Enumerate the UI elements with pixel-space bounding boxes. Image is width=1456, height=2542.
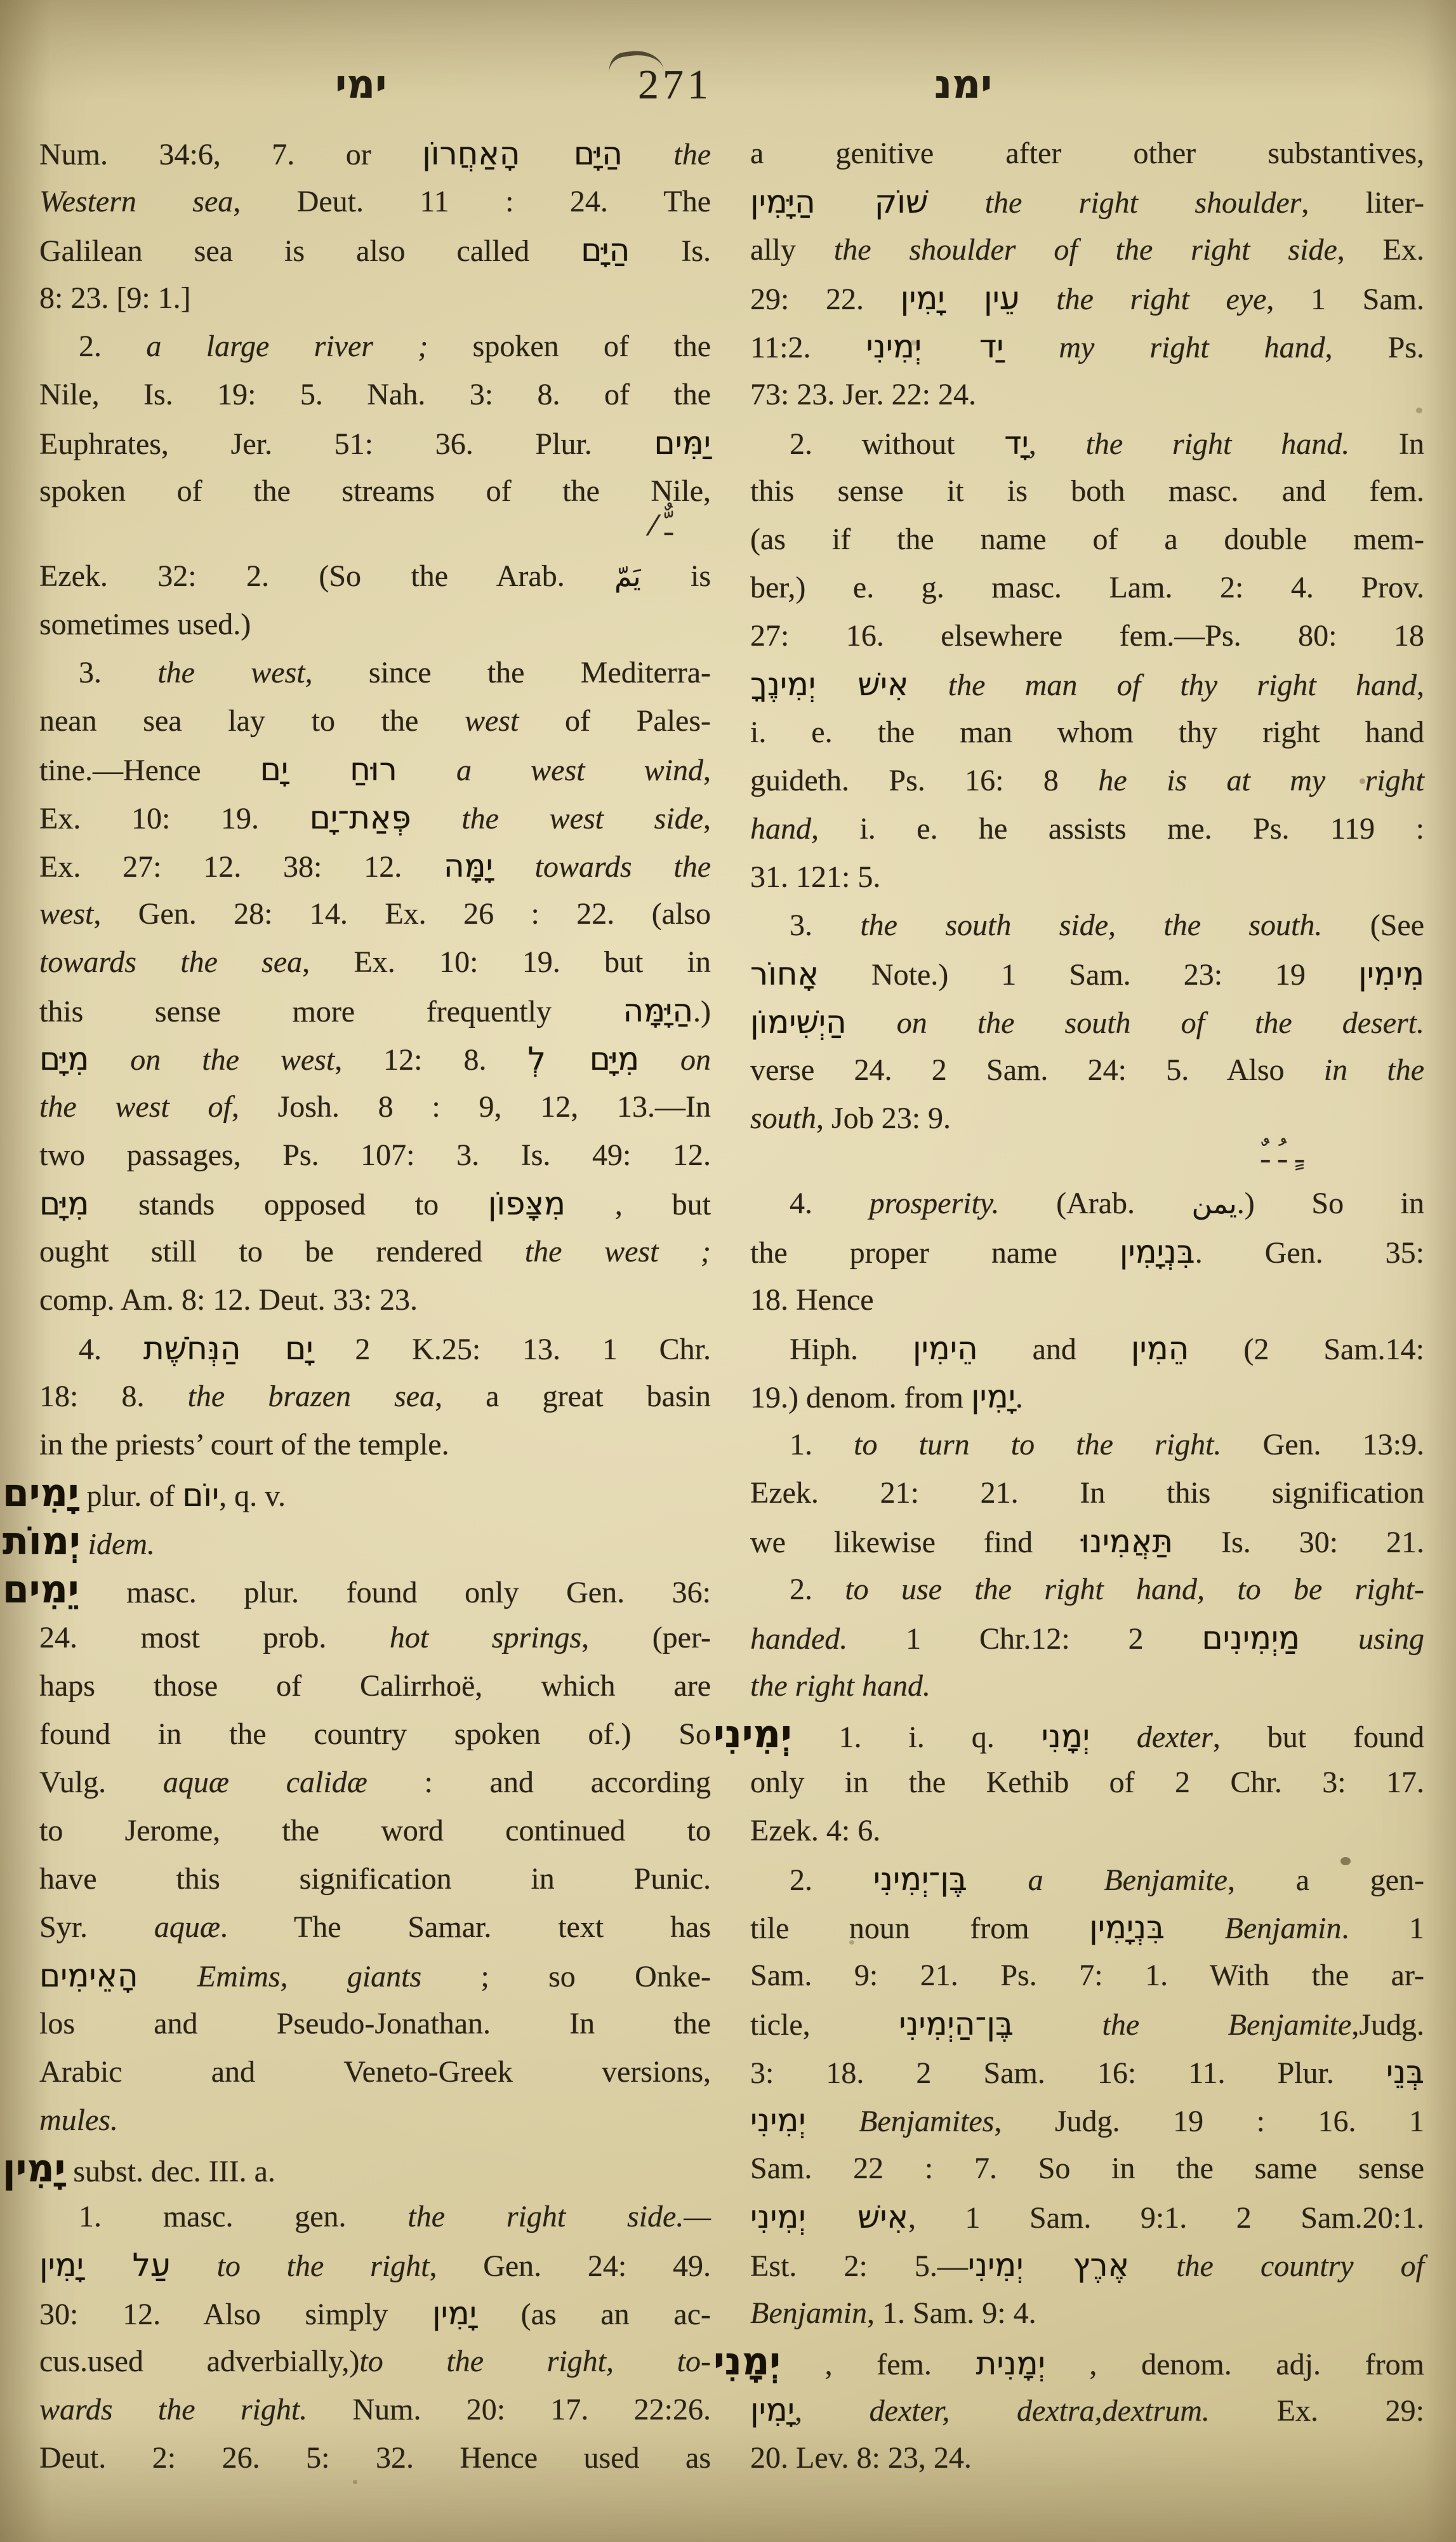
hebrew-text: יָמִין: [432, 2295, 477, 2332]
text-line: wards the right. Num. 20: 17. 22:26.: [39, 2386, 711, 2434]
italic-text: the country of: [1176, 2249, 1424, 2283]
latin-text: subst. dec. III. a.: [65, 2155, 275, 2188]
latin-text: 1. masc. gen.: [79, 2200, 407, 2233]
latin-text: , Ex. 10: 19. but in: [302, 945, 711, 979]
latin-text: of Pales-: [519, 704, 711, 738]
text-line: Euphrates, Jer. 51: 36. Plur. יַמִּים: [39, 419, 711, 467]
text-line: Ex. 27: 12. 38: 12. יָמָּה towards the: [39, 842, 711, 890]
latin-text: .: [1016, 1381, 1023, 1414]
latin-text: the proper name: [750, 1236, 1120, 1270]
latin-text: [493, 850, 535, 884]
latin-text: , Deut. 11 : 24. The: [233, 185, 711, 218]
text-line: Ex. 10: 19. פְּאַת־יָם the west side,: [39, 794, 711, 842]
latin-text: [806, 2105, 859, 2138]
latin-text: sometimes used.): [39, 608, 251, 641]
latin-text: this sense it is both masc. and fem.: [750, 474, 1424, 508]
latin-text: , 12: 8.: [334, 1043, 527, 1077]
latin-text: 24. most prob.: [39, 1621, 390, 1654]
hebrew-headword: יְמוֹת: [3, 1519, 81, 1564]
left-column: Num. 34:6, 7. or הַיָּם הָאַחֲרוֹן theWe…: [39, 130, 711, 2482]
text-line: 18. Hence: [750, 1276, 1424, 1324]
italic-text: idem.: [88, 1527, 155, 1561]
italic-text: west: [465, 704, 519, 738]
latin-text: two passages, Ps. 107: 3. Is. 49: 12.: [39, 1138, 711, 1172]
latin-text: (Arab.: [999, 1187, 1191, 1220]
latin-text: , Judg. 19 : 16. 1: [994, 2105, 1424, 2138]
latin-text: los and Pseudo-Jonathan. In the: [39, 2007, 711, 2040]
text-line: 31. 121: 5.: [750, 853, 1424, 902]
italic-text: the: [623, 138, 711, 171]
italic-text: my right hand: [1059, 331, 1325, 364]
latin-text: ought still to be rendered: [39, 1235, 525, 1268]
latin-text: , Job 23: 9.: [816, 1101, 951, 1135]
latin-text: [1003, 331, 1059, 364]
italic-text: handed.: [750, 1622, 847, 1656]
latin-text: 11:2.: [750, 331, 866, 364]
text-line: ـٍ ـُ ـٌ: [750, 1143, 1424, 1180]
hebrew-text: יְמִינִי: [750, 2102, 806, 2139]
latin-text: Est. 2: 5.—: [750, 2249, 968, 2283]
latin-text: Hiph.: [790, 1333, 913, 1366]
latin-text: [1014, 2008, 1102, 2042]
italic-text: on the west: [130, 1043, 334, 1077]
latin-text: [171, 2249, 217, 2283]
latin-text: ally: [750, 233, 834, 267]
latin-text: [1300, 1622, 1358, 1656]
italic-text: Western sea: [39, 185, 233, 218]
italic-text: on the south of the desert.: [897, 1006, 1424, 1040]
latin-text: 2.: [790, 1573, 845, 1606]
text-line: Vulg. aquæ calidæ : and according: [39, 1759, 711, 1807]
latin-text: , 1. Sam. 9: 4.: [867, 2296, 1036, 2330]
ink-speck: [849, 1940, 854, 1945]
latin-text: [89, 1043, 130, 1077]
latin-text: . Gen. 35:: [1195, 1236, 1424, 1270]
hebrew-text: הַיָּם: [581, 232, 630, 269]
text-line: ought still to be rendered the west ;: [39, 1228, 711, 1276]
ink-speck: [118, 2170, 123, 2175]
latin-text: (2 Sam.14:: [1189, 1333, 1424, 1366]
text-line: 2. בֶּן־יְמִינִי a Benjamite, a gen-: [750, 1855, 1424, 1903]
italic-text: aquæ: [154, 1910, 220, 1944]
text-line: 73: 23. Jer. 22: 24.: [750, 371, 1424, 419]
header-catchword-left: ימי: [335, 61, 387, 107]
text-line: Hiph. הֵימִין and הֵמִין (2 Sam.14:: [750, 1324, 1424, 1373]
latin-text: .) So in: [1237, 1187, 1424, 1220]
latin-text: , Ex.: [1337, 233, 1424, 267]
text-line: a genitive after other substantives,: [750, 130, 1424, 178]
hebrew-text: הַיָּם הָאַחֲרוֹן: [422, 135, 623, 172]
hebrew-text: רוּחַ יָם: [260, 751, 397, 788]
text-line: 11:2. יַד יְמִינִי my right hand, Ps.: [750, 323, 1424, 371]
text-line: יָמִין, dexter, dextra,dextrum. Ex. 29:: [750, 2386, 1424, 2434]
text-line: haps those of Calirrhoë, which are: [39, 1662, 711, 1710]
text-line: Nile, Is. 19: 5. Nah. 3: 8. of the: [39, 371, 711, 419]
latin-text: stands opposed to: [89, 1188, 488, 1221]
hebrew-text: מִימִין: [1358, 955, 1424, 992]
text-line: sometimes used.): [39, 601, 711, 649]
arabic-text: ـٌّ ⁄: [651, 510, 673, 542]
text-line: tine.—Hence רוּחַ יָם a west wind,: [39, 745, 711, 794]
latin-text: Nile, Is. 19: 5. Nah. 3: 8. of the: [39, 378, 711, 411]
text-line: spoken of the streams of the Nile,: [39, 467, 711, 516]
latin-text: Gen. 13:9.: [1221, 1428, 1424, 1461]
hebrew-text: בֶּן־הַיְמִינִי: [899, 2006, 1014, 2042]
italic-text: the south side,: [860, 908, 1116, 942]
italic-text: the right shoulder: [985, 186, 1302, 220]
latin-text: [1129, 2249, 1176, 2283]
latin-text: a genitive after other substantives,: [750, 136, 1424, 170]
latin-text: [1165, 1912, 1225, 1945]
text-line: have this signification in Punic.: [39, 1855, 711, 1903]
italic-text: the west ;: [525, 1235, 711, 1268]
hebrew-text: שׁוֹק הַיָּמִין: [750, 183, 928, 220]
hebrew-text: אֶרֶץ יְמִינִי: [968, 2247, 1129, 2284]
text-line: 3. the south side, the south. (See: [750, 902, 1424, 950]
italic-text: the Benjamite: [1102, 2008, 1352, 2042]
italic-text: prosperity.: [870, 1187, 1000, 1220]
latin-text: guideth. Ps. 16: 8: [750, 764, 1098, 797]
latin-text: , but found: [1213, 1720, 1424, 1754]
text-line: 29: 22. עֵין יָמִין the right eye, 1 Sam…: [750, 274, 1424, 323]
latin-text: have this signification in Punic.: [39, 1862, 711, 1896]
latin-text: spoken of the: [428, 329, 711, 363]
latin-text: , q. v.: [219, 1479, 286, 1513]
latin-text: , a great basin: [435, 1380, 711, 1413]
hebrew-text: יוֹם: [182, 1477, 219, 1514]
ink-speck: [353, 2480, 357, 2484]
italic-text: mules.: [39, 2103, 118, 2137]
hebrew-headword: יְמָנִי: [713, 2339, 781, 2384]
latin-text: Ex. 10: 19.: [39, 802, 310, 835]
latin-text: [411, 802, 462, 835]
text-line: cus.used adverbially,)to the right, to-: [39, 2338, 711, 2386]
latin-text: , Gen. 28: 14. Ex. 26 : 22. (also: [93, 897, 711, 931]
text-line: 4. יָם הַנְּחֹשֶׁת 2 K.25: 13. 1 Chr.: [39, 1324, 711, 1373]
latin-text: Num. 20: 17. 22:26.: [307, 2393, 711, 2426]
latin-text: (as if the name of a double mem-: [750, 522, 1424, 556]
latin-text: cus.used adverbially,): [39, 2345, 359, 2378]
hebrew-text: יָמִין: [750, 2392, 795, 2428]
latin-text: 31. 121: 5.: [750, 860, 880, 894]
latin-text: 3: 18. 2 Sam. 16: 11. Plur.: [750, 2056, 1386, 2090]
latin-text: ,Judg.: [1351, 2008, 1424, 2042]
latin-text: , 1 Sam.: [1266, 283, 1424, 316]
latin-text: ; so Onke-: [421, 1960, 711, 1993]
hebrew-text: יָם הַנְּחֹשֶׁת: [143, 1330, 314, 1367]
latin-text: , Josh. 8 : 9, 12, 13.—In: [232, 1090, 711, 1124]
italic-text: on: [680, 1043, 711, 1077]
italic-text: towards the sea: [39, 945, 302, 979]
text-line: ticle, בֶּן־הַיְמִינִי the Benjamite,Jud…: [750, 2000, 1424, 2048]
latin-text: , (per-: [581, 1621, 711, 1654]
latin-text: only in the Kethib of 2 Chr. 3: 17.: [750, 1766, 1424, 1799]
latin-text: Arabic and Veneto-Greek versions,: [39, 2055, 711, 2089]
text-line: יֵמִים masc. plur. found only Gen. 36:: [39, 1566, 711, 1614]
latin-text: 1. i. q.: [792, 1720, 1042, 1754]
italic-text: hot springs: [390, 1621, 581, 1654]
text-line: Western sea, Deut. 11 : 24. The: [39, 178, 711, 226]
italic-text: to use the right hand, to be right-: [845, 1573, 1424, 1606]
text-line: i. e. the man whom thy right hand: [750, 709, 1424, 757]
text-line: Sam. 9: 21. Ps. 7: 1. With the ar-: [750, 1952, 1424, 2000]
latin-text: Ex. 29:: [1210, 2394, 1424, 2428]
text-line: Deut. 2: 26. 5: 32. Hence used as: [39, 2434, 711, 2482]
hebrew-text: הֵמִין: [1131, 1330, 1189, 1367]
latin-text: [1020, 283, 1057, 316]
latin-text: 19.) denom. from: [750, 1381, 971, 1414]
text-line: 24. most prob. hot springs, (per-: [39, 1614, 711, 1662]
text-line: this sense more frequently הַיָּמָּה.): [39, 987, 711, 1035]
latin-text: is: [641, 559, 711, 593]
italic-text: wards the right.: [39, 2393, 307, 2426]
text-line: los and Pseudo-Jonathan. In the: [39, 2000, 711, 2048]
hebrew-text: מַיְמִינִים: [1201, 1620, 1300, 1656]
latin-text: . 1: [1342, 1912, 1425, 1945]
hebrew-headword: יָמִין: [3, 2146, 65, 2191]
italic-text: the right hand.: [1086, 427, 1350, 461]
latin-text: 2 K.25: 13. 1 Chr.: [314, 1333, 711, 1366]
text-line: Num. 34:6, 7. or הַיָּם הָאַחֲרוֹן the: [39, 130, 711, 178]
text-line: comp. Am. 8: 12. Deut. 33: 23.: [39, 1276, 711, 1324]
latin-text: and: [978, 1333, 1131, 1366]
latin-text: Is. 30: 21.: [1173, 1526, 1424, 1559]
latin-text: verse 24. 2 Sam. 24: 5. Also: [750, 1053, 1324, 1087]
hebrew-text: הַיְשִׁימוֹן: [750, 1004, 847, 1041]
hebrew-text: עֵין יָמִין: [901, 280, 1020, 317]
italic-text: the man of thy right hand: [948, 669, 1417, 702]
italic-text: in the: [1324, 1053, 1424, 1087]
hebrew-text: בְּנֵי: [1386, 2054, 1424, 2091]
italic-text: the right eye: [1056, 283, 1266, 316]
latin-text: ,: [703, 754, 711, 787]
text-line: the west of, Josh. 8 : 9, 12, 13.—In: [39, 1083, 711, 1131]
latin-text: 73: 23. Jer. 22: 24.: [750, 378, 976, 411]
latin-text: [81, 1527, 88, 1561]
ink-speck: [1360, 778, 1365, 784]
latin-text: haps those of Calirrhoë, which are: [39, 1669, 711, 1703]
text-line: ـٌّ ⁄: [39, 516, 711, 552]
hebrew-text: יָמָּה: [444, 848, 493, 884]
latin-text: [908, 669, 948, 702]
latin-text: we likewise find: [750, 1526, 1081, 1559]
text-line: 8: 23. [9: 1.]: [39, 274, 711, 323]
italic-text: Benjamin: [750, 2296, 867, 2330]
latin-text: Deut. 2: 26. 5: 32. Hence used as: [39, 2441, 711, 2475]
hebrew-text: יְמָנִי: [1042, 1718, 1090, 1755]
latin-text: ,: [1029, 427, 1086, 461]
text-line: Ezek. 32: 2. (So the Arab. يَمّ is: [39, 552, 711, 601]
italic-text: the west of: [39, 1090, 232, 1124]
latin-text: (as an ac-: [477, 2298, 711, 2331]
latin-text: Ezek. 4: 6.: [750, 1814, 880, 1847]
text-line: 19.) denom. from יָמִין.: [750, 1373, 1424, 1421]
text-line: מִיָּם on the west, 12: 8. מִיָּם לְ on: [39, 1035, 711, 1083]
italic-text: hand,: [750, 812, 819, 846]
latin-text: [397, 754, 456, 787]
text-line: verse 24. 2 Sam. 24: 5. Also in the: [750, 1046, 1424, 1095]
hebrew-text: יָד: [1004, 425, 1028, 462]
latin-text: .): [693, 995, 711, 1028]
latin-text: [1090, 1720, 1137, 1754]
text-line: to Jerome, the word continued to: [39, 1807, 711, 1855]
latin-text: 4.: [79, 1333, 143, 1366]
italic-text: west: [39, 897, 93, 931]
text-line: two passages, Ps. 107: 3. Is. 49: 12.: [39, 1131, 711, 1180]
text-line: Sam. 22 : 7. So in the same sense: [750, 2145, 1424, 2193]
hebrew-text: מִיָּם: [39, 1041, 89, 1077]
hebrew-text: מִיָּם: [39, 1185, 89, 1222]
latin-text: to Jerome, the word continued to: [39, 1814, 711, 1847]
text-line: אָחוֹר Note.) 1 Sam. 23: 19 מִימִין: [750, 950, 1424, 998]
hebrew-text: עַל יָמִין: [39, 2247, 171, 2284]
latin-text: , denom. adj. from: [1045, 2348, 1424, 2381]
hebrew-headword: יֵמִים: [3, 1567, 79, 1612]
text-line: 2. without יָד, the right hand. In: [750, 419, 1424, 467]
latin-text: , a gen-: [1228, 1863, 1424, 1897]
latin-text: . The Samar. text has: [220, 1910, 711, 1944]
book-page: ימי 271 ימנ Num. 34:6, 7. or הַיָּם הָאַ…: [0, 0, 1456, 2542]
hebrew-headword: יָמִים: [3, 1471, 79, 1515]
italic-text: using: [1358, 1622, 1424, 1656]
text-line: handed. 1 Chr.12: 2 מַיְמִינִים using: [750, 1614, 1424, 1662]
text-line: אִישׁ יְמִינֶךָ the man of thy right han…: [750, 660, 1424, 709]
hebrew-text: בִּנְיָמִין: [1089, 1909, 1165, 1946]
italic-text: the west,: [157, 656, 312, 689]
text-line: שׁוֹק הַיָּמִין the right shoulder, lite…: [750, 178, 1424, 226]
text-line: guideth. Ps. 16: 8 he is at my right: [750, 757, 1424, 805]
latin-text: , but: [566, 1188, 711, 1221]
hebrew-headword: יְמִינִי: [713, 1712, 792, 1757]
italic-text: dexter: [1137, 1720, 1213, 1754]
latin-text: tile noun from: [750, 1912, 1089, 1945]
italic-text: the west side: [461, 802, 703, 835]
text-line: 3. the west, since the Mediterra-: [39, 649, 711, 697]
arabic-text: يَمّ: [614, 561, 641, 593]
latin-text: tine.—Hence: [39, 754, 260, 787]
hebrew-text: יָמִין: [971, 1378, 1016, 1415]
latin-text: spoken of the streams of the Nile,: [39, 474, 711, 508]
text-line: only in the Kethib of 2 Chr. 3: 17.: [750, 1759, 1424, 1807]
text-line: Ezek. 4: 6.: [750, 1807, 1424, 1855]
text-line: הָאֵימִים Emims, giants ; so Onke-: [39, 1952, 711, 2000]
latin-text: [639, 1043, 680, 1077]
latin-text: 1 Chr.12: 2: [847, 1622, 1201, 1656]
text-line: 2. a large river ; spoken of the: [39, 323, 711, 371]
latin-text: Note.) 1 Sam. 23: 19: [819, 958, 1358, 992]
latin-text: 27: 16. elsewhere fem.—Ps. 80: 18: [750, 619, 1424, 653]
hebrew-text: הֵימִין: [913, 1330, 978, 1367]
latin-text: Ex. 27: 12. 38: 12.: [39, 850, 444, 884]
text-line: יָמִין subst. dec. III. a.: [39, 2145, 711, 2193]
hebrew-text: תַּאֲמִינוּ: [1081, 1523, 1173, 1560]
italic-text: a large river ;: [146, 329, 428, 363]
hebrew-text: אִישׁ יְמִינֶךָ: [750, 666, 908, 703]
latin-text: found in the country spoken of.) So: [39, 1717, 711, 1751]
ink-speck: [910, 340, 917, 345]
latin-text: ,: [703, 802, 711, 835]
latin-text: i. e. he assists me. Ps. 119 :: [819, 812, 1424, 846]
hebrew-text: בִּנְיָמִין: [1120, 1234, 1195, 1270]
text-line: יְמוֹת idem.: [39, 1517, 711, 1566]
text-line: this sense it is both masc. and fem.: [750, 467, 1424, 516]
italic-text: Emims, giants: [197, 1960, 421, 1993]
text-line: (as if the name of a double mem-: [750, 516, 1424, 564]
latin-text: this sense more frequently: [39, 995, 623, 1028]
italic-text: the brazen sea: [188, 1380, 435, 1413]
text-line: יְמִינִי 1. i. q. יְמָנִי dexter, but fo…: [750, 1710, 1424, 1759]
latin-text: , Ps.: [1325, 331, 1424, 364]
text-line: יָמִים plur. of יוֹם, q. v.: [39, 1469, 711, 1517]
latin-text: Num. 34:6, 7. or: [39, 138, 422, 171]
latin-text: , 1 Sam. 9:1. 2 Sam.20:1.: [908, 2201, 1424, 2235]
text-line: 2. to use the right hand, to be right-: [750, 1566, 1424, 1614]
latin-text: 30: 12. Also simply: [39, 2298, 432, 2331]
latin-text: in the priests’ court of the temple.: [39, 1428, 449, 1461]
text-line: ally the shoulder of the right side, Ex.: [750, 226, 1424, 274]
ink-speck: [1416, 408, 1422, 413]
latin-text: comp. Am. 8: 12. Deut. 33: 23.: [39, 1283, 418, 1317]
hebrew-text: יַמִּים: [654, 425, 711, 462]
latin-text: ,: [1417, 669, 1424, 702]
text-line: 20. Lev. 8: 23, 24.: [750, 2434, 1424, 2482]
text-line: 27: 16. elsewhere fem.—Ps. 80: 18: [750, 612, 1424, 660]
italic-text: to the right, to-: [359, 2345, 711, 2378]
latin-text: nean sea lay to the: [39, 704, 465, 738]
hebrew-text: הָאֵימִים: [39, 1957, 138, 1994]
italic-text: to the right: [217, 2249, 430, 2283]
text-line: יְמָנִי , fem. יְמָנִית , denom. adj. fr…: [750, 2338, 1424, 2386]
latin-text: ,: [795, 2394, 870, 2428]
text-line: the right hand.: [750, 1662, 1424, 1710]
hebrew-text: פְּאַת־יָם: [310, 799, 411, 836]
arabic-text: ـٍ ـُ ـٌ: [1261, 1137, 1304, 1169]
latin-text: 3.: [79, 656, 157, 689]
latin-text: , fem.: [781, 2348, 976, 2381]
text-line: Benjamin, 1. Sam. 9: 4.: [750, 2289, 1424, 2338]
ink-speck: [1340, 1857, 1351, 1865]
italic-text: a Benjamite: [1028, 1863, 1228, 1897]
italic-text: he is at my right: [1098, 764, 1424, 797]
hebrew-text: מִצָּפוֹן: [488, 1185, 566, 1222]
hebrew-text: בֶּן־יְמִינִי: [873, 1861, 967, 1898]
latin-text: , liter-: [1301, 186, 1424, 220]
text-line: Syr. aquæ. The Samar. text has: [39, 1903, 711, 1952]
latin-text: 20. Lev. 8: 23, 24.: [750, 2441, 972, 2475]
text-line: found in the country spoken of.) So: [39, 1710, 711, 1759]
text-line: הַיְשִׁימוֹן on the south of the desert.: [750, 998, 1424, 1046]
latin-text: i. e. the man whom thy right hand: [750, 715, 1424, 749]
latin-text: plur. of: [79, 1479, 183, 1513]
latin-text: , Gen. 24: 49.: [429, 2249, 711, 2283]
text-line: Arabic and Veneto-Greek versions,: [39, 2048, 711, 2096]
latin-text: In: [1349, 427, 1424, 461]
latin-text: 2.: [79, 329, 146, 363]
latin-text: [967, 1863, 1028, 1897]
italic-text: the right side.—: [407, 2200, 711, 2233]
text-line: nean sea lay to the west of Pales-: [39, 697, 711, 745]
header-catchword-right: ימנ: [934, 61, 992, 107]
italic-text: aquæ calidæ: [163, 1766, 367, 1799]
italic-text: the right hand.: [750, 1669, 930, 1703]
italic-text: a west wind: [456, 754, 703, 787]
arabic-text: يمن: [1192, 1188, 1237, 1220]
latin-text: Galilean sea is also called: [39, 234, 581, 268]
latin-text: [138, 1960, 197, 1993]
latin-text: 3.: [790, 908, 860, 942]
text-line: we likewise find תַּאֲמִינוּ Is. 30: 21.: [750, 1517, 1424, 1566]
italic-text: the shoulder of the right side: [834, 233, 1337, 267]
